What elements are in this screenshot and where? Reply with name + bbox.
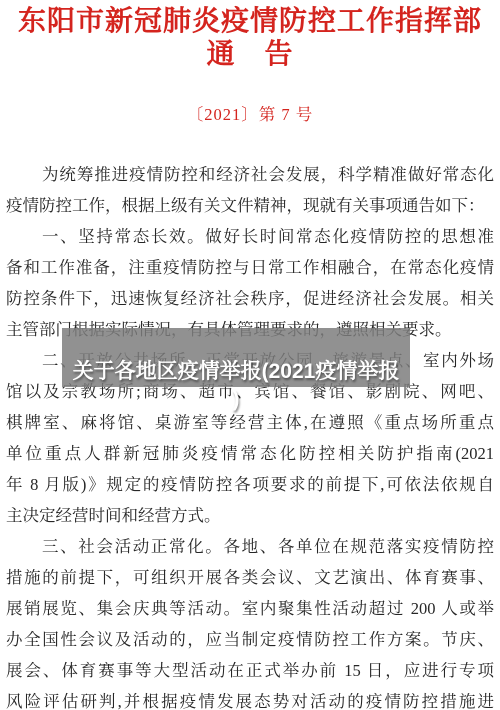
- text-line: 主决定经营时间和经营方式。: [6, 500, 494, 531]
- text-line: 三、社会活动正常化。各地、各单位在规范落实疫情防控: [6, 531, 494, 562]
- text-line: 风险评估研判,并根据疫情发展态势对活动的疫情防控措施进: [6, 686, 494, 710]
- overlay-badge: 关于各地区疫情举报(2021疫情举报 ): [62, 328, 410, 387]
- text-line: 展会、体育赛事等大型活动在正式举办前 15 日，应进行专项: [6, 655, 494, 686]
- text-line: 办全国性会议及活动的，应当制定疫情防控工作方案。节庆、: [6, 624, 494, 655]
- text-line: 为统筹推进疫情防控和经济社会发展，科学精准做好常态化: [6, 159, 494, 190]
- text-line: 展销展览、集会庆典等活动。室内聚集性活动超过 200 人或举: [6, 593, 494, 624]
- paragraph: 三、社会活动正常化。各地、各单位在规范落实疫情防控措施的前提下，可组织开展各类会…: [6, 531, 494, 710]
- page-root: 东阳市新冠肺炎疫情防控工作指挥部 通 告 〔2021〕第 7 号 为统筹推进疫情…: [0, 0, 500, 710]
- document-body: 为统筹推进疫情防控和经济社会发展，科学精准做好常态化疫情防控工作，根据上级有关文…: [0, 159, 500, 710]
- text-line: 年 8 月版)》规定的疫情防控各项要求的前提下,可依法依规自: [6, 469, 494, 500]
- text-line: 棋牌室、麻将馆、桌游室等经营主体,在遵照《重点场所重点: [6, 407, 494, 438]
- paragraph: 一、坚持常态长效。做好长时间常态化疫情防控的思想准备和工作准备，注重疫情防控与日…: [6, 221, 494, 345]
- doc-number: 〔2021〕第 7 号: [0, 102, 500, 128]
- notice-header: 东阳市新冠肺炎疫情防控工作指挥部 通 告 〔2021〕第 7 号: [0, 0, 500, 128]
- doc-type-title: 通 告: [0, 38, 500, 71]
- text-line: 措施的前提下，可组织开展各类会议、文艺演出、体育赛事、: [6, 562, 494, 593]
- org-title: 东阳市新冠肺炎疫情防控工作指挥部: [0, 5, 500, 38]
- text-line: 备和工作准备，注重疫情防控与日常工作相融合，在常态化疫情: [6, 252, 494, 283]
- text-line: 一、坚持常态长效。做好长时间常态化疫情防控的思想准: [6, 221, 494, 252]
- text-line: 疫情防控工作，根据上级有关文件精神，现就有关事项通告如下：: [6, 190, 494, 221]
- text-line: 单位重点人群新冠肺炎疫情常态化防控相关防护指南(2021: [6, 438, 494, 469]
- paragraph: 为统筹推进疫情防控和经济社会发展，科学精准做好常态化疫情防控工作，根据上级有关文…: [6, 159, 494, 221]
- text-line: 防控条件下，迅速恢复经济社会秩序，促进经济社会发展。相关: [6, 283, 494, 314]
